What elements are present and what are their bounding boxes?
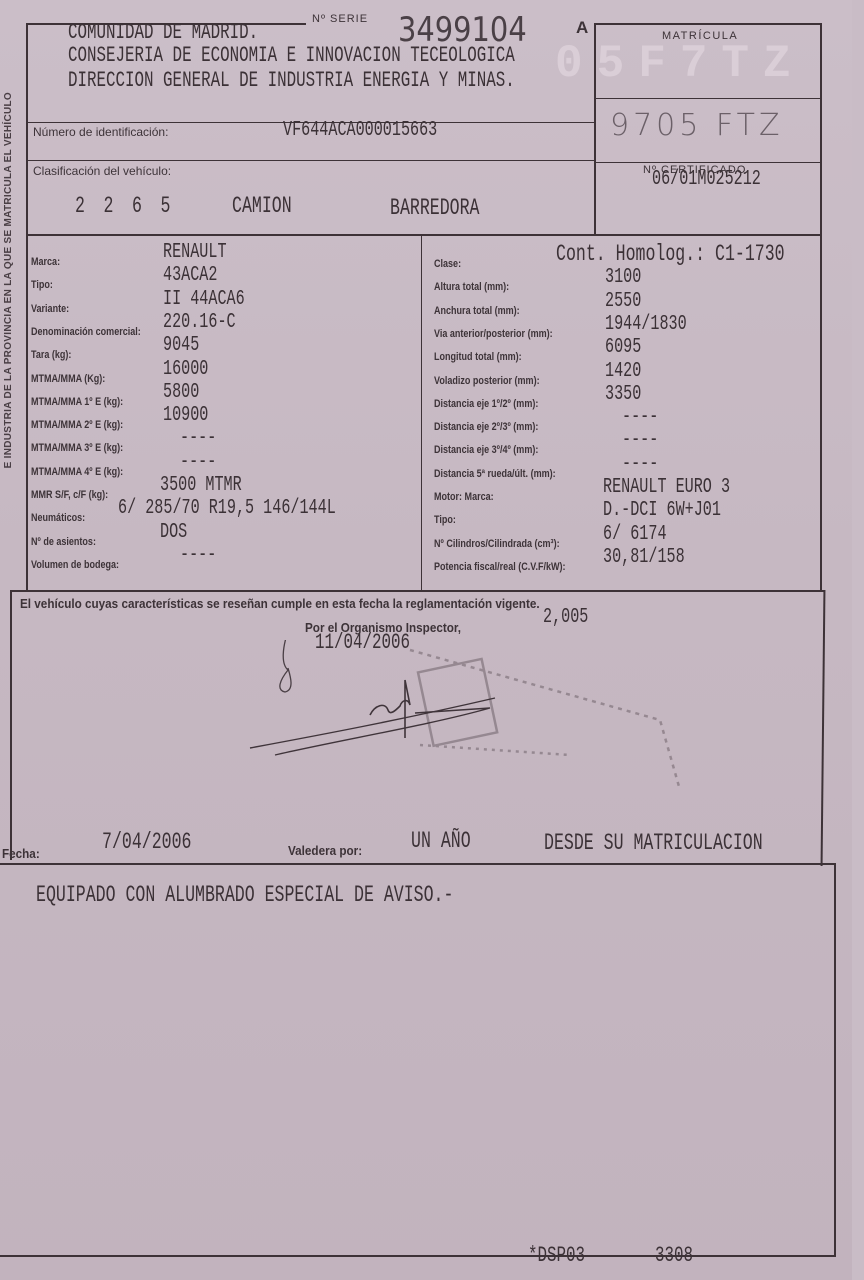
matricula-box-top: [594, 23, 822, 25]
spec-label: Marca:: [31, 256, 60, 268]
serie-label: Nº SERIE: [312, 13, 368, 25]
valedera-value: UN AÑO: [411, 828, 471, 854]
spec-label: Voladizo posterior (mm):: [434, 375, 540, 387]
identificacion-label: Número de identificación:: [33, 125, 168, 139]
side-vertical-text: E INDUSTRIA DE LA PROVINCIA EN LA QUE SE…: [3, 92, 17, 632]
spec-label: MMR S/F, c/F (kg):: [31, 489, 108, 501]
spec-label: Longitud total (mm):: [434, 351, 522, 363]
row-divider-class-top: [26, 160, 596, 161]
spec-value: 3500 MTMR: [160, 474, 242, 497]
matricula-divider-2: [594, 162, 822, 163]
serie-number: 3499104: [398, 10, 527, 50]
homologation: Cont. Homolog.: C1-1730: [556, 241, 785, 267]
spec-label: Potencia fiscal/real (C.V.F/kW):: [434, 561, 566, 573]
bottom-code-2: 3308: [655, 1243, 693, 1268]
compliance-year: 2,005: [543, 606, 588, 629]
header-line-3: DIRECCION GENERAL DE INDUSTRIA ENERGIA Y…: [68, 70, 515, 92]
clasificacion-type: CAMION: [232, 193, 292, 219]
frame-bottom: [0, 1255, 836, 1257]
spec-value: ----: [622, 406, 658, 429]
spec-value: RENAULT: [163, 241, 227, 264]
spec-value: 9045: [163, 334, 199, 357]
spec-label: Nº de asientos:: [31, 536, 96, 548]
spec-label: Distancia eje 2º/3º (mm):: [434, 421, 538, 433]
spec-value: D.-DCI 6W+J01: [603, 499, 721, 522]
spec-label: Altura total (mm):: [434, 281, 509, 293]
spec-label: Denominación comercial:: [31, 326, 141, 338]
header-line-1: COMUNIDAD DE MADRID.: [68, 22, 258, 44]
specs-column-divider: [421, 234, 422, 590]
spec-value: ----: [622, 429, 658, 452]
fecha-label: Fecha:: [2, 846, 40, 861]
spec-label: MTMA/MMA 4º E (kg):: [31, 466, 123, 478]
identificacion-value: VF644ACA000015663: [283, 119, 437, 142]
matricula-divider-1: [594, 98, 822, 99]
spec-label: Motor: Marca:: [434, 491, 494, 503]
clasificacion-code: 2 2 6 5: [75, 193, 175, 219]
spec-value: ----: [180, 544, 216, 567]
row-divider-compliance: [10, 590, 824, 592]
row-divider-notes: [0, 863, 836, 865]
spec-value: ----: [180, 451, 216, 474]
spec-value: 2550: [605, 290, 641, 313]
spec-value: 1944/1830: [605, 313, 687, 336]
spec-value: 6/ 6174: [603, 523, 667, 546]
fecha-value: 7/04/2006: [102, 829, 191, 855]
spec-label: Tipo:: [31, 279, 53, 291]
spec-value: ----: [180, 427, 216, 450]
spec-value: 10900: [163, 404, 208, 427]
serie-suffix: A: [576, 18, 588, 38]
frame-right-top: [820, 23, 822, 591]
matricula-dotted-print: 05F7TZ: [555, 38, 795, 86]
spec-value: 1420: [605, 360, 641, 383]
valedera-label: Valedera por:: [288, 843, 362, 858]
spec-value: 220.16-C: [163, 311, 236, 334]
spec-label: Variante:: [31, 303, 69, 315]
spec-value: 30,81/158: [603, 546, 685, 569]
spec-value: 6095: [605, 336, 641, 359]
spec-label: Tipo:: [434, 514, 456, 526]
spec-label: Nº Cilindros/Cilindrada (cm³):: [434, 538, 560, 550]
spec-value: RENAULT EURO 3: [603, 476, 730, 499]
frame-right-bottom: [834, 863, 836, 1256]
spec-label: MTMA/MMA 2º E (kg):: [31, 419, 123, 431]
spec-label: Clase:: [434, 258, 461, 270]
spec-value: 3100: [605, 266, 641, 289]
spec-value: II 44ACA6: [163, 288, 245, 311]
notes-text: EQUIPADO CON ALUMBRADO ESPECIAL DE AVISO…: [36, 882, 453, 908]
clasificacion-subtype: BARREDORA: [390, 195, 479, 221]
spec-label: Distancia 5ª rueda/últ. (mm):: [434, 468, 556, 480]
spec-label: Tara (kg):: [31, 349, 71, 361]
spec-label: Volumen de bodega:: [31, 559, 119, 571]
frame-left-top: [26, 23, 28, 591]
certificado-number: 06/01M025212: [652, 168, 761, 191]
spec-label: Neumáticos:: [31, 512, 85, 524]
spec-label: Anchura total (mm):: [434, 305, 520, 317]
spec-value: 43ACA2: [163, 264, 217, 287]
compliance-statement: El vehículo cuyas características se res…: [20, 596, 540, 611]
row-divider-specs-top: [26, 234, 822, 236]
spec-value: ----: [622, 453, 658, 476]
spec-label: MTMA/MMA 1º E (kg):: [31, 396, 123, 408]
spec-value: 3350: [605, 383, 641, 406]
frame-right-mid: [821, 590, 826, 866]
spec-label: MTMA/MMA (Kg):: [31, 373, 105, 385]
spec-label: Distancia eje 3º/4º (mm):: [434, 444, 538, 456]
clasificacion-label: Clasificación del vehículo:: [33, 164, 171, 178]
spec-value: DOS: [160, 521, 187, 544]
signature-stamp: [240, 640, 700, 790]
frame-left-bottom: [10, 590, 12, 860]
desde-text: DESDE SU MATRICULACION: [544, 830, 763, 856]
spec-label: Distancia eje 1º/2º (mm):: [434, 398, 538, 410]
vehicle-technical-sheet: E INDUSTRIA DE LA PROVINCIA EN LA QUE SE…: [0, 0, 852, 1280]
spec-label: Via anterior/posterior (mm):: [434, 328, 553, 340]
spec-value: 5800: [163, 381, 199, 404]
matricula-handwritten: 9705 FTZ: [610, 108, 784, 143]
bottom-code-1: *DSP03: [528, 1243, 585, 1268]
spec-label: MTMA/MMA 3º E (kg):: [31, 442, 123, 454]
spec-value: 16000: [163, 358, 208, 381]
spec-value: 6/ 285/70 R19,5 146/144L: [118, 497, 336, 520]
